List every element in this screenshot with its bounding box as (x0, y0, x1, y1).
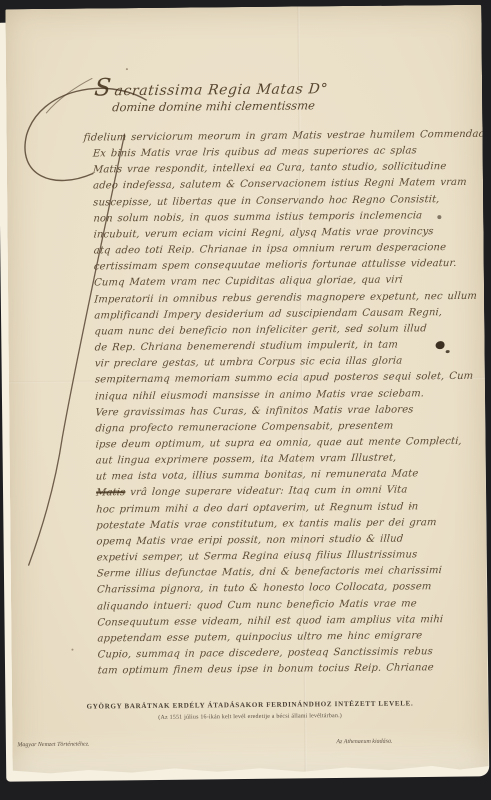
salutation-line-1: Sacratissima Regia Matas D° (93, 80, 329, 99)
salutation-line-1-text: acratissima Regia Matas D° (114, 81, 329, 99)
letter-paper: Sacratissima Regia Matas D° domine domin… (5, 5, 488, 776)
paper-speck (126, 68, 128, 70)
footer-imprint-left: Magyar Nemzet Történetéhez. (17, 742, 89, 749)
ink-blot (437, 215, 441, 219)
caption-block: GYÖRGY BARÁTNAK ERDÉLY ÁTADÁSAKOR FERDIN… (12, 699, 488, 723)
footer-imprint-right: Az Athenaeum kiadása. (336, 739, 392, 746)
salutation-line-2: domine domine mihi clementissme (112, 98, 329, 114)
salutation-block: Sacratissima Regia Matas D° domine domin… (94, 80, 328, 114)
paper-speck (410, 505, 412, 507)
manuscript-line: tam optimum finem deus ipse in bonum toc… (97, 660, 436, 679)
caption-title: GYÖRGY BARÁTNAK ERDÉLY ÁTADÁSAKOR FERDIN… (12, 699, 488, 712)
caption-note: (Az 1551 július 16-ikán kelt levél erede… (12, 712, 488, 723)
struck-word: Matis (96, 488, 126, 499)
paper-speck (71, 649, 73, 651)
ink-blot (436, 341, 445, 349)
manuscript-body: fidelium serviciorum meorum in gram Mati… (93, 127, 436, 682)
page-background: Sacratissima Regia Matas D° domine domin… (0, 0, 491, 800)
ink-blot (446, 350, 450, 353)
